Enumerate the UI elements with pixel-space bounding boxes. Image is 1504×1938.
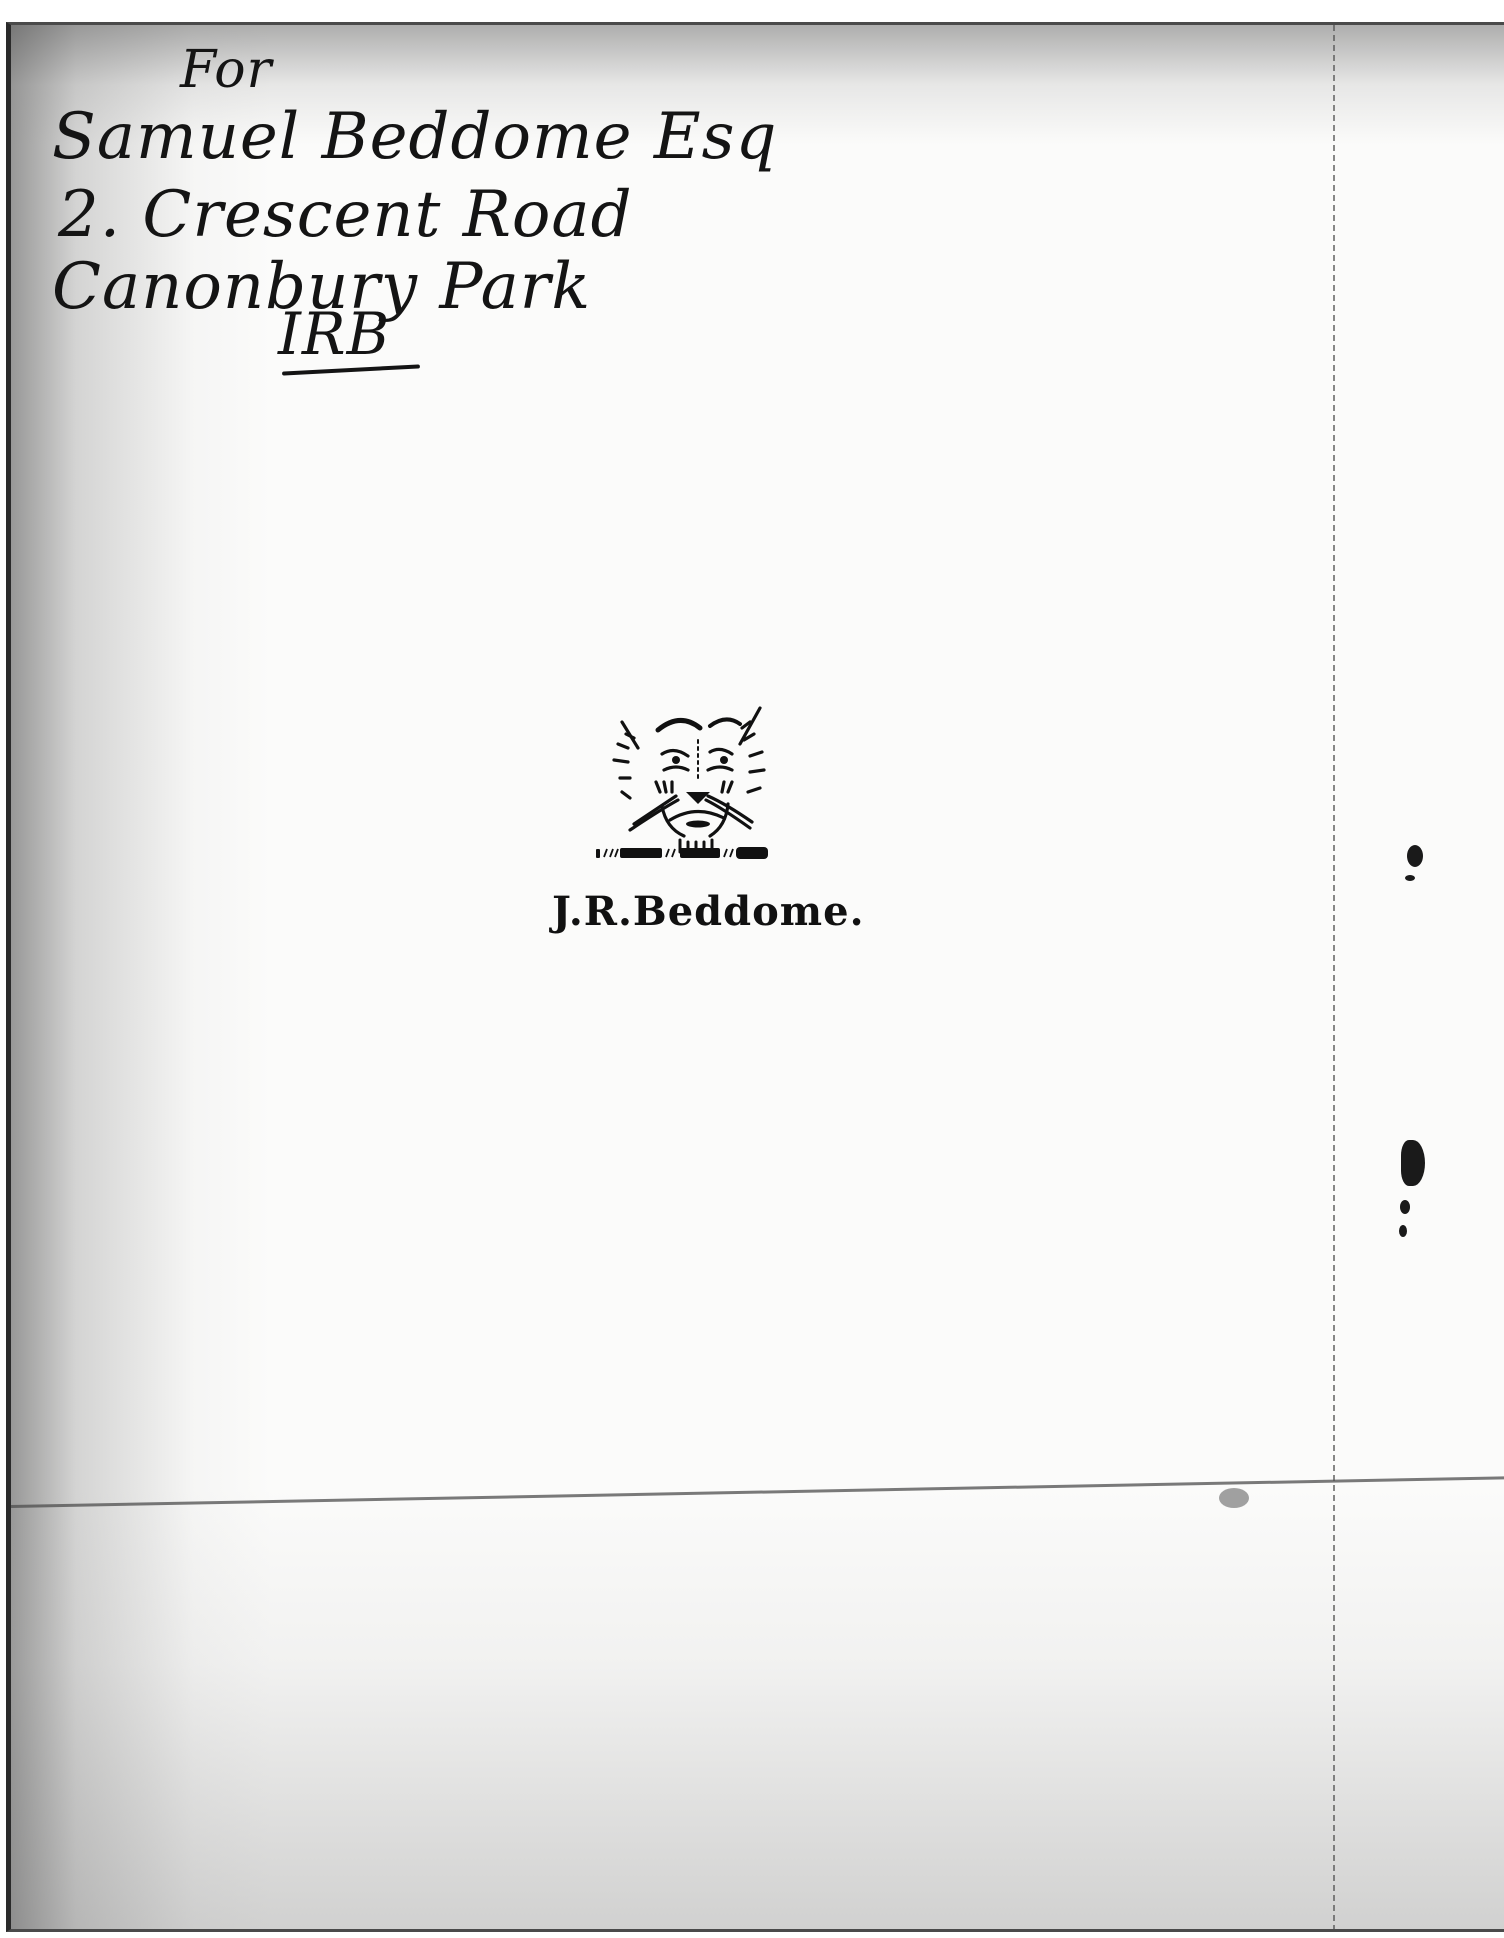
vertical-fold-line — [1333, 25, 1335, 1929]
bottom-edge-shading — [11, 1489, 1504, 1929]
striped-wreath-bar-icon — [596, 846, 768, 860]
inscription-initials: IRB — [278, 300, 390, 368]
ink-stain — [1401, 1140, 1425, 1186]
inscription-for: For — [180, 40, 272, 100]
ink-stain — [1399, 1225, 1407, 1237]
ink-stain — [1407, 845, 1423, 867]
ink-stain — [1405, 875, 1415, 881]
bookplate-owner-name: J.R.Beddome. — [552, 888, 865, 935]
inscription-recipient-name: Samuel Beddome Esq — [52, 100, 777, 174]
inscription-street: 2. Crescent Road — [58, 178, 633, 252]
paper-stain — [1219, 1488, 1249, 1508]
ink-stain — [1400, 1200, 1410, 1214]
cat-face-crest-icon — [600, 700, 780, 870]
